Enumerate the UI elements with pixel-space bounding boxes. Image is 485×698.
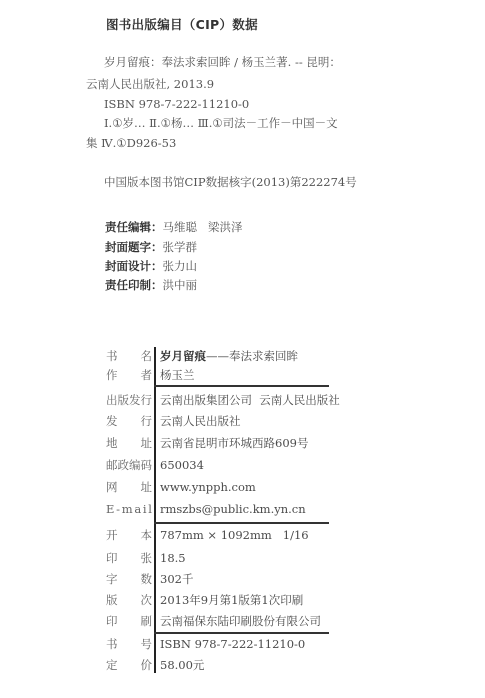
value-word-count: 302千 [160, 572, 193, 586]
label-edition: 版次 [106, 593, 152, 607]
cip-line-5: 集 Ⅳ.①D926-53 [86, 136, 176, 150]
staff-row-editor: 责任编辑：马维聪 梁洪泽 [105, 220, 242, 234]
value-email[interactable]: rmszbs@public.km.yn.cn [160, 502, 306, 516]
label-char: 书 [106, 349, 118, 363]
cip-line-2: 云南人民出版社, 2013.9 [86, 77, 214, 91]
label-distributor: 发行 [106, 414, 152, 428]
label-char: 数 [141, 572, 153, 586]
value-edition: 2013年9月第1版第1次印刷 [160, 593, 303, 607]
label-sheets: 印张 [106, 551, 152, 565]
staff-value: 张力山 [163, 259, 198, 273]
cip-title: 图书出版编目（CIP）数据 [106, 15, 258, 33]
label-char: 发 [106, 414, 118, 428]
value-website[interactable]: www.ynpph.com [160, 480, 256, 494]
label-char: 行 [141, 414, 153, 428]
label-address: 地址 [106, 436, 152, 450]
value-address: 云南省昆明市环城西路609号 [160, 436, 308, 450]
value-author: 杨玉兰 [160, 368, 195, 382]
colophon-rule-2 [154, 522, 329, 524]
label-char: 者 [141, 368, 153, 382]
staff-value: 张学群 [163, 240, 198, 254]
label-char: 出版发行 [106, 393, 152, 407]
value-price: 58.00元 [160, 658, 204, 672]
value-format: 787mm × 1092mm 1/16 [160, 528, 309, 542]
staff-label: 责任编辑： [105, 220, 163, 234]
staff-row-cover-design: 封面设计：张力山 [105, 259, 197, 273]
label-char: 字 [106, 572, 118, 586]
label-char: 版 [106, 593, 118, 607]
label-char: 地 [106, 436, 118, 450]
label-title: 书名 [106, 349, 152, 363]
label-char: 印 [106, 551, 118, 565]
label-char: 址 [141, 480, 153, 494]
label-char: 邮政编码 [106, 458, 152, 472]
label-char: a [134, 502, 141, 516]
label-char: 址 [141, 436, 153, 450]
value-distributor: 云南人民出版社 [160, 414, 241, 428]
label-char: 价 [141, 658, 153, 672]
value-publisher: 云南出版集团公司 云南人民出版社 [160, 393, 340, 407]
label-isbn: 书号 [106, 637, 152, 651]
book-subtitle: ——奉法求索回眸 [206, 349, 298, 363]
value-printer: 云南福保东陆印刷股份有限公司 [160, 614, 321, 628]
label-char: 印 [106, 614, 118, 628]
staff-row-cover-title: 封面题字：张学群 [105, 240, 197, 254]
label-printer: 印刷 [106, 614, 152, 628]
label-price: 定价 [106, 658, 152, 672]
staff-label: 责任印制： [105, 278, 163, 292]
label-char: 张 [141, 551, 153, 565]
label-char: m [122, 502, 133, 516]
label-char: 定 [106, 658, 118, 672]
label-author: 作者 [106, 368, 152, 382]
colophon-rule-3 [154, 632, 329, 634]
staff-label: 封面设计： [105, 259, 163, 273]
label-format: 开本 [106, 528, 152, 542]
cip-line-4: Ⅰ.①岁… Ⅱ.①杨… Ⅲ.①司法－工作－中国－文 [104, 116, 338, 130]
label-char: l [148, 502, 152, 516]
label-email: E-mail [106, 502, 152, 516]
label-char: 网 [106, 480, 118, 494]
value-sheets: 18.5 [160, 551, 186, 565]
cip-line-3: ISBN 978-7-222-11210-0 [104, 97, 249, 111]
label-char: 名 [141, 349, 153, 363]
label-char: 开 [106, 528, 118, 542]
book-title: 岁月留痕 [160, 349, 206, 363]
label-char: E [106, 502, 114, 516]
colophon-rule-1 [154, 385, 329, 387]
staff-value: 马维聪 梁洪泽 [163, 220, 243, 234]
staff-label: 封面题字： [105, 240, 163, 254]
label-char: i [143, 502, 147, 516]
label-char: 号 [141, 637, 153, 651]
value-postcode: 650034 [160, 458, 204, 472]
label-postcode: 邮政编码 [106, 458, 152, 472]
cip-verification: 中国版本图书馆CIP数据核字(2013)第222274号 [104, 175, 357, 189]
label-website: 网址 [106, 480, 152, 494]
staff-row-printing: 责任印制：洪中丽 [105, 278, 197, 292]
label-word-count: 字数 [106, 572, 152, 586]
colophon-vertical-rule [154, 347, 156, 673]
label-char: 书 [106, 637, 118, 651]
label-publisher: 出版发行 [106, 393, 152, 407]
label-char: 本 [141, 528, 153, 542]
label-char: 次 [141, 593, 153, 607]
label-char: - [116, 502, 120, 516]
value-isbn: ISBN 978-7-222-11210-0 [160, 637, 305, 651]
value-title: 岁月留痕——奉法求索回眸 [160, 349, 298, 363]
cip-line-1: 岁月留痕：奉法求索回眸 / 杨玉兰著. -- 昆明： [104, 55, 341, 69]
label-char: 刷 [141, 614, 153, 628]
label-char: 作 [106, 368, 118, 382]
staff-value: 洪中丽 [163, 278, 198, 292]
